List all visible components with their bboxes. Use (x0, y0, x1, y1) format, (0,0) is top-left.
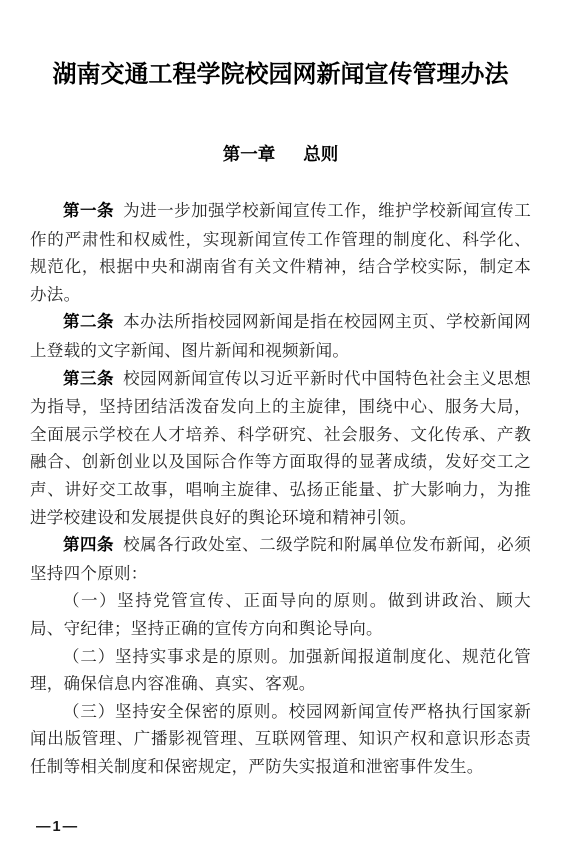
article-label: 第四条 (63, 536, 114, 554)
page-number: —1— (36, 819, 79, 835)
article-paragraph: 第四条校属各行政处室、二级学院和附属单位发布新闻，必须坚持四个原则： (30, 531, 531, 587)
document-page: 湖南交通工程学院校园网新闻宣传管理办法 第一章总则 第一条为进一步加强学校新闻宣… (0, 0, 561, 867)
chapter-name: 总则 (303, 144, 338, 164)
article-text: （一）坚持党管宣传、正面导向的原则。做到讲政治、顾大局、守纪律；坚持正确的宣传方… (30, 591, 531, 638)
article-paragraph: （一）坚持党管宣传、正面导向的原则。做到讲政治、顾大局、守纪律；坚持正确的宣传方… (30, 587, 531, 642)
article-paragraph: 第二条本办法所指校园网新闻是指在校园网主页、学校新闻网上登载的文字新闻、图片新闻… (30, 308, 531, 364)
document-title: 湖南交通工程学院校园网新闻宣传管理办法 (30, 0, 531, 90)
article-paragraph: （二）坚持实事求是的原则。加强新闻报道制度化、规范化管理，确保信息内容准确、真实… (30, 643, 531, 698)
chapter-heading: 第一章总则 (30, 145, 531, 164)
article-text: （二）坚持实事求是的原则。加强新闻报道制度化、规范化管理，确保信息内容准确、真实… (30, 647, 531, 694)
chapter-number: 第一章 (223, 144, 276, 164)
document-body: 第一条为进一步加强学校新闻宣传工作，维护学校新闻宣传工作的严肃性和权威性，实现新… (30, 197, 531, 780)
article-text: 校园网新闻宣传以习近平新时代中国特色社会主义思想为指导，坚持团结活泼奋发向上的主… (30, 369, 531, 527)
article-text: （三）坚持安全保密的原则。校园网新闻宣传严格执行国家新闻出版管理、广播影视管理、… (30, 702, 531, 776)
article-paragraph: 第一条为进一步加强学校新闻宣传工作，维护学校新闻宣传工作的严肃性和权威性，实现新… (30, 197, 531, 308)
article-paragraph: （三）坚持安全保密的原则。校园网新闻宣传严格执行国家新闻出版管理、广播影视管理、… (30, 698, 531, 781)
article-paragraph: 第三条校园网新闻宣传以习近平新时代中国特色社会主义思想为指导，坚持团结活泼奋发向… (30, 365, 531, 532)
article-label: 第三条 (63, 370, 114, 388)
article-label: 第一条 (63, 202, 114, 220)
article-label: 第二条 (63, 313, 114, 331)
